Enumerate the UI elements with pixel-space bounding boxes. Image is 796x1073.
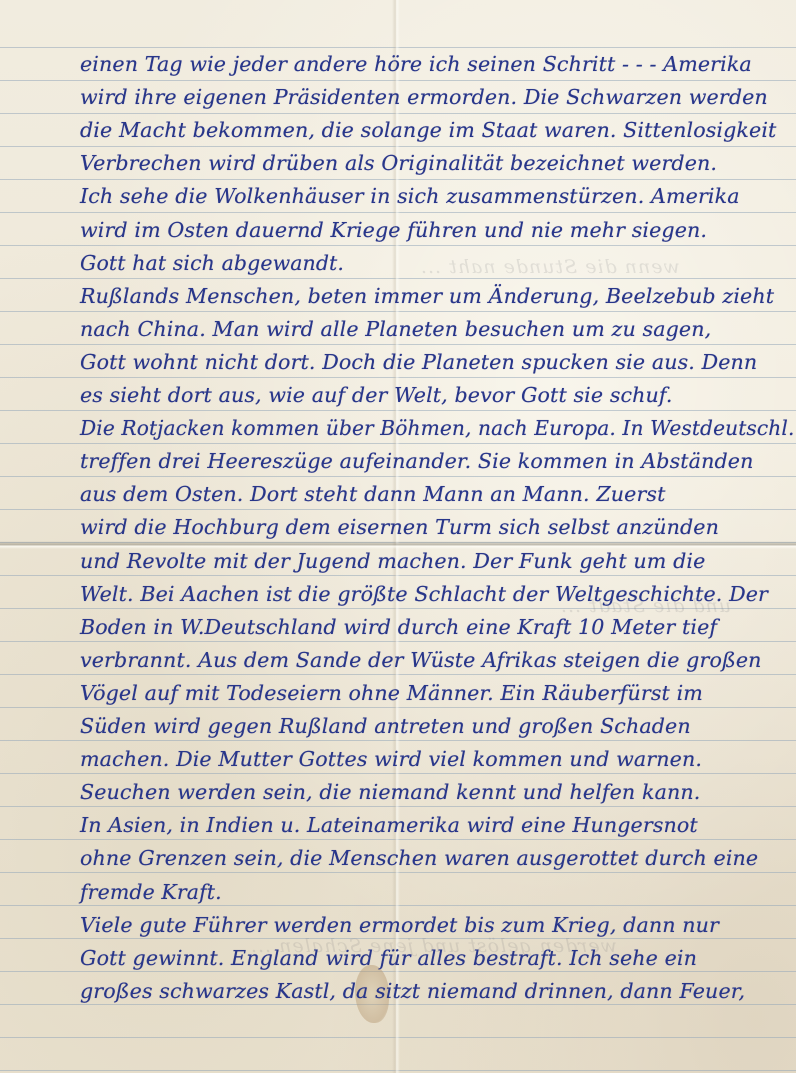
handwritten-line: einen Tag wie jeder andere höre ich sein… — [80, 52, 794, 76]
handwritten-line: ohne Grenzen sein, die Menschen waren au… — [80, 846, 794, 870]
handwritten-line: Verbrechen wird drüben als Originalität … — [80, 151, 794, 175]
handwritten-line: Gott gewinnt. England wird für alles bes… — [80, 946, 794, 970]
handwritten-line: aus dem Osten. Dort steht dann Mann an M… — [80, 482, 794, 506]
handwritten-line: Gott hat sich abgewandt. — [80, 251, 790, 275]
handwritten-line: machen. Die Mutter Gottes wird viel komm… — [80, 747, 794, 771]
handwritten-line: Viele gute Führer werden ermordet bis zu… — [80, 913, 794, 937]
handwritten-line: Gott wohnt nicht dort. Doch die Planeten… — [80, 350, 794, 374]
handwritten-line: verbrannt. Aus dem Sande der Wüste Afrik… — [80, 648, 794, 672]
handwritten-line: die Macht bekommen, die solange im Staat… — [80, 118, 794, 142]
handwritten-line: nach China. Man wird alle Planeten besuc… — [80, 317, 794, 341]
handwritten-line: Süden wird gegen Rußland antreten und gr… — [80, 714, 794, 738]
handwritten-line: treffen drei Heereszüge aufeinander. Sie… — [80, 449, 794, 473]
handwritten-line: es sieht dort aus, wie auf der Welt, bev… — [80, 383, 794, 407]
handwritten-line: wird die Hochburg dem eisernen Turm sich… — [80, 515, 794, 539]
handwritten-line: Seuchen werden sein, die niemand kennt u… — [80, 780, 794, 804]
handwritten-line: fremde Kraft. — [80, 880, 790, 904]
handwritten-line: und Revolte mit der Jugend machen. Der F… — [80, 549, 794, 573]
handwritten-line: Die Rotjacken kommen über Böhmen, nach E… — [80, 416, 779, 440]
handwritten-line: Rußlands Menschen, beten immer um Änderu… — [80, 284, 794, 308]
handwritten-line: wird ihre eigenen Präsidenten ermorden. … — [80, 85, 794, 109]
paper-page: wenn die Stunde naht ... werden gelöst u… — [0, 0, 796, 1073]
handwritten-line: Welt. Bei Aachen ist die größte Schlacht… — [80, 582, 794, 606]
handwritten-line: wird im Osten dauernd Kriege führen und … — [80, 218, 794, 242]
handwritten-line: Vögel auf mit Todeseiern ohne Männer. Ei… — [80, 681, 794, 705]
handwritten-text-block: einen Tag wie jeder andere höre ich sein… — [0, 0, 796, 1073]
handwritten-line: großes schwarzes Kastl, da sitzt niemand… — [80, 979, 794, 1003]
handwritten-line: Ich sehe die Wolkenhäuser in sich zusamm… — [80, 184, 794, 208]
handwritten-line: In Asien, in Indien u. Lateinamerika wir… — [80, 813, 794, 837]
handwritten-line: Boden in W.Deutschland wird durch eine K… — [80, 615, 794, 639]
